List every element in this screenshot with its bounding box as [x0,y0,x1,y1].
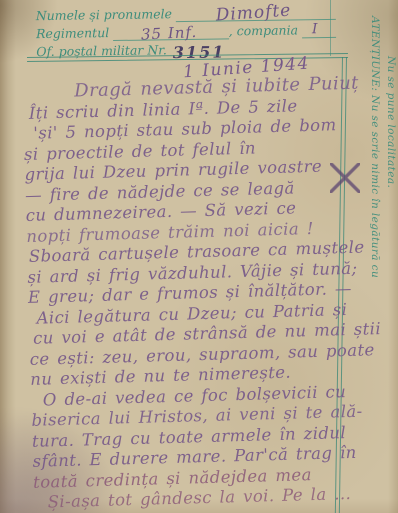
name-handwritten-value: Dimofte [216,3,293,25]
address-header: Numele și pronumele Dimofte Regimentul 3… [36,3,337,61]
company-handwritten-value: I [312,21,319,38]
name-label: Numele și pronumele [36,5,172,24]
company-label: , compania [229,21,299,39]
header-right-border-rule [330,0,331,56]
regiment-underline: 35 Inf. [113,23,229,41]
regiment-handwritten-value: 35 Inf. [141,24,198,44]
letter-body: Dragă nevastă și iubite Puiuț Îți scriu … [22,73,396,513]
crossout-mark [330,163,360,193]
postcard-scan: Numele și pronumele Dimofte Regimentul 3… [0,0,398,513]
name-underline: Dimofte [176,4,336,22]
regiment-label: Regimentul [36,24,109,42]
margin-caution-line2: Nu se pune localitatea. [385,56,397,188]
